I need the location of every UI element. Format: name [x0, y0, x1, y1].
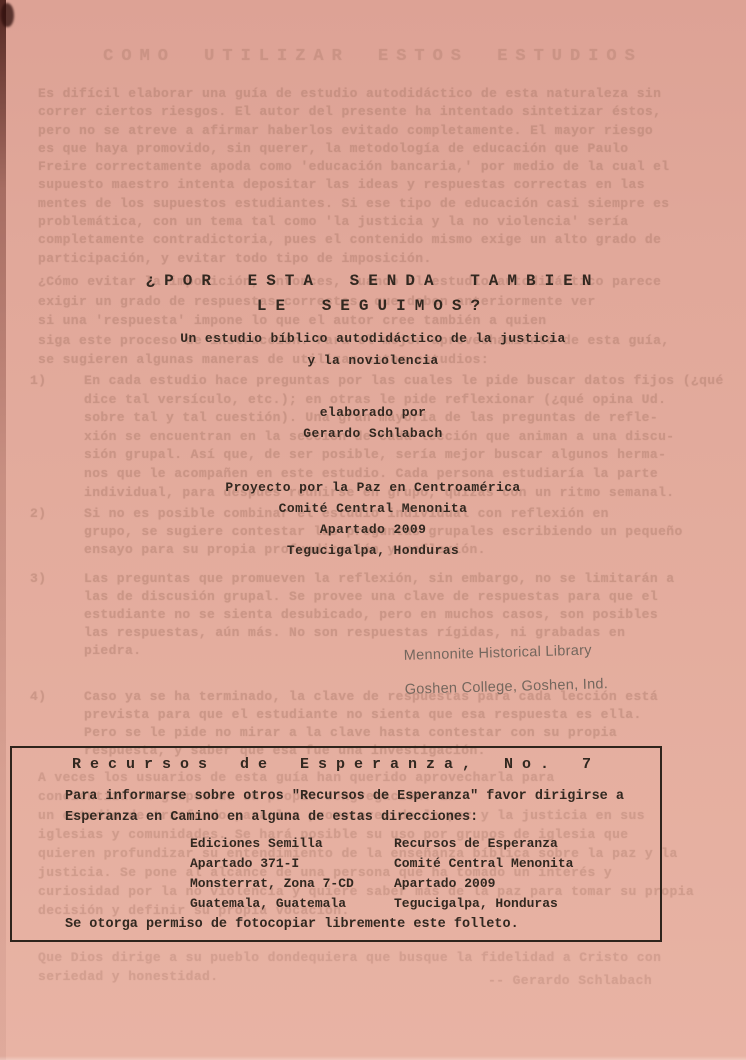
- copy-permission-note: Se otorga permiso de fotocopiar libremen…: [65, 914, 519, 935]
- booklet-title-line2: LE SEGUIMOS?: [0, 297, 746, 315]
- publisher-line: Comité Central Menonita: [0, 501, 746, 516]
- bleedthrough-list-number: 4): [30, 688, 60, 706]
- series-intro-line2: Esperanza en Camino en alguna de estas d…: [65, 810, 478, 825]
- bleedthrough-heading: COMO UTILIZAR ESTOS ESTUDIOS: [0, 48, 746, 66]
- publisher-line: Tegucigalpa, Honduras: [0, 543, 746, 558]
- bleedthrough-signature: -- Gerardo Schlabach: [488, 972, 652, 990]
- series-info-box: Recursos de Esperanza, No. 7 Para inform…: [10, 746, 662, 942]
- library-stamp: Mennonite Historical Library Goshen Coll…: [403, 625, 608, 699]
- publisher-line: Proyecto por la Paz en Centroamérica: [0, 480, 746, 495]
- scan-bottom-edge: [0, 1056, 746, 1060]
- bleedthrough-list-number: 1): [30, 372, 60, 390]
- address-column-left: Ediciones Semilla Apartado 371-I Monster…: [190, 834, 354, 914]
- scanned-booklet-cover-page: COMO UTILIZAR ESTOS ESTUDIOS Es difícil …: [0, 0, 746, 1060]
- series-heading: Recursos de Esperanza, No. 7: [12, 756, 660, 773]
- scan-corner-mark: [1, 3, 14, 27]
- booklet-subtitle-line1: Un estudio bíblico autodidáctico de la j…: [0, 331, 746, 346]
- bleedthrough-list-number: 3): [30, 570, 60, 588]
- publisher-line: Apartado 2009: [0, 522, 746, 537]
- author-name: Gerardo Schlabach: [0, 426, 746, 441]
- booklet-title-line1: ¿POR ESTA SENDA TAMBIEN: [0, 272, 746, 290]
- byline-label: elaborado por: [0, 405, 746, 420]
- bleedthrough-paragraph: Es difícil elaborar una guía de estudio …: [38, 85, 718, 268]
- series-intro-line1: Para informarse sobre otros "Recursos de…: [65, 789, 624, 804]
- address-column-right: Recursos de Esperanza Comité Central Men…: [394, 834, 573, 914]
- library-stamp-line1: Mennonite Historical Library: [404, 643, 592, 664]
- booklet-subtitle-line2: y la noviolencia: [0, 353, 746, 368]
- series-intro: Para informarse sobre otros "Recursos de…: [65, 786, 624, 828]
